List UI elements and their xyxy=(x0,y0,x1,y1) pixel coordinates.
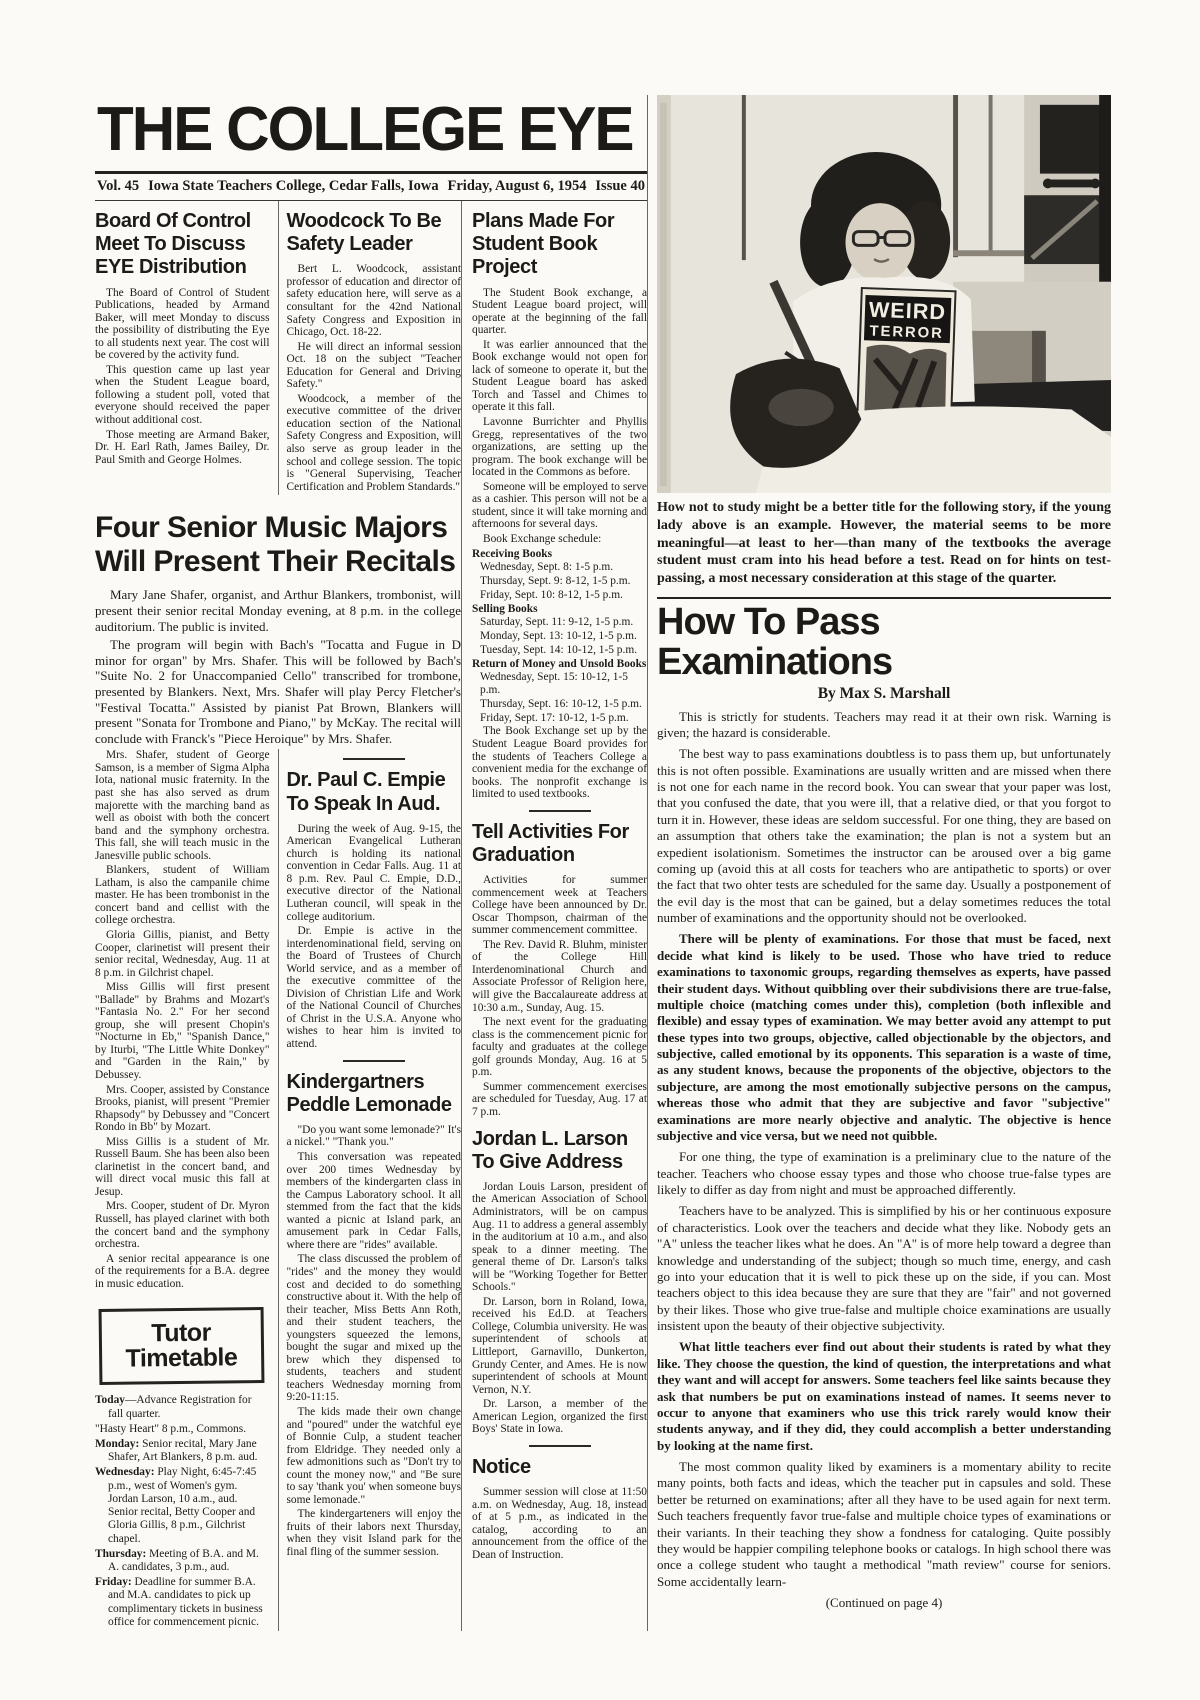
left-zone: THE COLLEGE EYE Vol. 45 Iowa State Teach… xyxy=(95,95,647,1631)
article-body: This is strictly for students. Teachers … xyxy=(657,709,1111,1591)
volume-label: Vol. 45 xyxy=(97,178,139,195)
paragraph: Someone will be employed to serve as a c… xyxy=(472,481,647,531)
newspaper-page: THE COLLEGE EYE Vol. 45 Iowa State Teach… xyxy=(0,0,1200,1700)
face xyxy=(846,203,915,282)
separator xyxy=(529,1445,591,1447)
paragraph: Summer commencement exercises are schedu… xyxy=(472,1081,647,1119)
photo-caption: How not to study might be a better title… xyxy=(657,499,1111,588)
paragraph: Miss Gillis will first present "Ballade"… xyxy=(95,981,270,1081)
date-label: Friday, August 6, 1954 xyxy=(448,178,587,195)
paragraph: Thursday: Meeting of B.A. and M. A. cand… xyxy=(95,1548,270,1574)
article-body: Jordan Louis Larson, president of the Am… xyxy=(472,1181,647,1436)
column-three: Plans Made For Student Book Project The … xyxy=(461,201,647,1631)
paragraph: The Student Book exchange, a Student Lea… xyxy=(472,287,647,337)
paragraph: Friday, Sept. 17: 10-12, 1-5 p.m. xyxy=(480,712,647,725)
paragraph: Dr. Empie is active in the interdenomina… xyxy=(287,925,462,1050)
paragraph: Friday: Deadline for summer B.A. and M.A… xyxy=(95,1576,270,1629)
column-one-lower: Mrs. Shafer, student of George Samson, i… xyxy=(95,749,278,1631)
separator xyxy=(529,810,591,812)
headline: How To Pass Examinations xyxy=(657,603,1111,683)
paragraph: The Book Exchange set up by the Student … xyxy=(472,725,647,800)
article-body: During the week of Aug. 9-15, the Americ… xyxy=(287,823,462,1051)
article-lede: Mary Jane Shafer, organist, and Arthur B… xyxy=(95,587,461,746)
paragraph: Today—Advance Registration for fall quar… xyxy=(95,1394,270,1420)
article-larson: Jordan L. Larson To Give Address Jordan … xyxy=(472,1128,647,1436)
comic-title-weird: WEIRD xyxy=(868,297,946,325)
tutor-timetable: Tutor Timetable Today—Advance Registrati… xyxy=(95,1308,270,1629)
headline: Tell Activities For Graduation xyxy=(472,821,647,867)
row-bottom: Mrs. Shafer, student of George Samson, i… xyxy=(95,749,461,1631)
paragraph: Dr. Larson, a member of the American Leg… xyxy=(472,1398,647,1436)
paragraph: Monday, Sept. 13: 10-12, 1-5 p.m. xyxy=(480,630,647,643)
column-two-lower: Dr. Paul C. Empie To Speak In Aud. Durin… xyxy=(278,749,462,1631)
paragraph: The program will begin with Bach's "Toca… xyxy=(95,637,461,746)
issue-label: Issue 40 xyxy=(595,178,645,195)
paragraph: "Hasty Heart" 8 p.m., Commons. xyxy=(95,1423,270,1436)
paragraph: The kindergarteners will enjoy the fruit… xyxy=(287,1508,462,1558)
paragraph: Lavonne Burrichter and Phyllis Gregg, re… xyxy=(472,416,647,479)
paragraph: What little teachers ever find out about… xyxy=(657,1339,1111,1454)
paragraph: Dr. Larson, born in Roland, Iowa, receiv… xyxy=(472,1296,647,1396)
caption-text: How not to study might be a better title… xyxy=(657,499,1111,588)
paragraph: Tuesday, Sept. 14: 10-12, 1-5 p.m. xyxy=(480,644,647,657)
student-photo: WEIRD TERROR xyxy=(657,95,1111,493)
paragraph: Wednesday: Play Night, 6:45-7:45 p.m., w… xyxy=(95,1466,270,1545)
paragraph: Return of Money and Unsold Books xyxy=(472,658,647,671)
article-board-of-control: Board Of Control Meet To Discuss EYE Dis… xyxy=(95,201,278,495)
byline: By Max S. Marshall xyxy=(657,685,1111,703)
dateline: Vol. 45 Iowa State Teachers College, Ced… xyxy=(95,174,647,201)
paragraph: The next event for the graduating class … xyxy=(472,1016,647,1079)
tutor-timetable-title: Tutor Timetable xyxy=(104,1320,259,1372)
paragraph: Bert L. Woodcock, assistant professor of… xyxy=(287,263,462,338)
paragraph: During the week of Aug. 9-15, the Americ… xyxy=(287,823,462,923)
article-empie: Dr. Paul C. Empie To Speak In Aud. Durin… xyxy=(287,769,462,1050)
headline: Plans Made For Student Book Project xyxy=(472,210,647,280)
paragraph: Those meeting are Armand Baker, Dr. H. E… xyxy=(95,429,270,467)
paragraph: Activities for summer commencement week … xyxy=(472,874,647,937)
article-woodcock: Woodcock To Be Safety Leader Bert L. Woo… xyxy=(278,201,462,495)
paragraph: There will be plenty of examinations. Fo… xyxy=(657,931,1111,1144)
headline: Dr. Paul C. Empie To Speak In Aud. xyxy=(287,769,462,815)
paragraph: Summer session will close at 11:50 a.m. … xyxy=(472,1486,647,1561)
paragraph: This question came up last year when the… xyxy=(95,364,270,427)
paragraph: Wednesday, Sept. 8: 1-5 p.m. xyxy=(480,561,647,574)
article-body: Bert L. Woodcock, assistant professor of… xyxy=(287,263,462,493)
masthead-title: THE COLLEGE EYE xyxy=(95,95,630,171)
paragraph: Jordan Louis Larson, president of the Am… xyxy=(472,1181,647,1294)
headline: Notice xyxy=(472,1456,647,1479)
article-lemonade: Kindergartners Peddle Lemonade "Do you w… xyxy=(287,1071,462,1559)
article-body: Activities for summer commencement week … xyxy=(472,874,647,1118)
paragraph: Blankers, student of William Latham, is … xyxy=(95,864,270,927)
headline: Woodcock To Be Safety Leader xyxy=(287,210,462,256)
article-graduation: Tell Activities For Graduation Activitie… xyxy=(472,821,647,1119)
book-exchange-schedule: Receiving BooksWednesday, Sept. 8: 1-5 p… xyxy=(472,548,647,725)
paragraph: Selling Books xyxy=(472,603,647,616)
paper-area: THE COLLEGE EYE Vol. 45 Iowa State Teach… xyxy=(95,95,1111,1631)
article-exam: How To Pass Examinations By Max S. Marsh… xyxy=(657,603,1111,1611)
article-book-project: Plans Made For Student Book Project The … xyxy=(472,210,647,801)
paragraph: The best way to pass examinations doubtl… xyxy=(657,746,1111,926)
paragraph: Mrs. Cooper, student of Dr. Myron Russel… xyxy=(95,1200,270,1250)
tutor-timetable-entries: Today—Advance Registration for fall quar… xyxy=(95,1394,270,1629)
paragraph: Gloria Gillis, pianist, and Betty Cooper… xyxy=(95,929,270,979)
article-notice: Notice Summer session will close at 11:5… xyxy=(472,1456,647,1561)
paragraph: Receiving Books xyxy=(472,548,647,561)
article-body: The Student Book exchange, a Student Lea… xyxy=(472,287,647,546)
article-body-closing: The Book Exchange set up by the Student … xyxy=(472,725,647,800)
paragraph: This is strictly for students. Teachers … xyxy=(657,709,1111,742)
paragraph: It was earlier announced that the Book e… xyxy=(472,339,647,414)
article-body: "Do you want some lemonade?" It's a nick… xyxy=(287,1124,462,1559)
headline: Board Of Control Meet To Discuss EYE Dis… xyxy=(95,210,270,280)
paragraph: The most common quality liked by examine… xyxy=(657,1459,1111,1590)
column-pair: Board Of Control Meet To Discuss EYE Dis… xyxy=(95,201,461,1631)
comic-title-terror: TERROR xyxy=(869,324,944,343)
paragraph: The Rev. David R. Bluhm, minister of the… xyxy=(472,939,647,1014)
section-rule xyxy=(657,597,1111,599)
paragraph: Mrs. Cooper, assisted by Constance Brook… xyxy=(95,1084,270,1134)
photo-illustration: WEIRD TERROR xyxy=(657,95,1111,493)
paragraph: Miss Gillis is a student of Mr. Russell … xyxy=(95,1136,270,1199)
paragraph: Thursday, Sept. 9: 8-12, 1-5 p.m. xyxy=(480,575,647,588)
paragraph: For one thing, the type of examination i… xyxy=(657,1149,1111,1198)
paragraph: He will direct an informal session Oct. … xyxy=(287,341,462,391)
headline: Four Senior Music Majors Will Present Th… xyxy=(95,511,461,578)
tutor-timetable-box: Tutor Timetable xyxy=(99,1307,264,1385)
continued-notice: (Continued on page 4) xyxy=(657,1595,1111,1611)
paragraph: Thursday, Sept. 16: 10-12, 1-5 p.m. xyxy=(480,698,647,711)
paragraph: Saturday, Sept. 11: 9-12, 1-5 p.m. xyxy=(480,616,647,629)
paragraph: The kids made their own change and "pour… xyxy=(287,1406,462,1506)
paragraph: A senior recital appearance is one of th… xyxy=(95,1253,270,1291)
article-body: Summer session will close at 11:50 a.m. … xyxy=(472,1486,647,1561)
masthead: THE COLLEGE EYE Vol. 45 Iowa State Teach… xyxy=(95,95,647,201)
college-label: Iowa State Teachers College, Cedar Falls… xyxy=(148,178,439,195)
paragraph: The class discussed the problem of "ride… xyxy=(287,1253,462,1404)
paragraph: Friday, Sept. 10: 8-12, 1-5 p.m. xyxy=(480,589,647,602)
headline: Jordan L. Larson To Give Address xyxy=(472,1128,647,1174)
paragraph: "Do you want some lemonade?" It's a nick… xyxy=(287,1124,462,1149)
separator xyxy=(343,1060,405,1062)
paragraph: Teachers have to be analyzed. This is si… xyxy=(657,1203,1111,1334)
article-recitals: Four Senior Music Majors Will Present Th… xyxy=(95,511,461,746)
paragraph: Mrs. Shafer, student of George Samson, i… xyxy=(95,749,270,862)
row-top: Board Of Control Meet To Discuss EYE Dis… xyxy=(95,201,461,495)
article-body: The Board of Control of Student Publicat… xyxy=(95,287,270,467)
paragraph: Monday: Senior recital, Mary Jane Shafer… xyxy=(95,1438,270,1464)
recitals-continuation: Mrs. Shafer, student of George Samson, i… xyxy=(95,749,270,1290)
separator xyxy=(343,758,405,760)
columns: Board Of Control Meet To Discuss EYE Dis… xyxy=(95,201,647,1631)
paragraph: Wednesday, Sept. 15: 10-12, 1-5 p.m. xyxy=(480,671,647,697)
paragraph: This conversation was repeated over 200 … xyxy=(287,1151,462,1251)
paragraph: The Board of Control of Student Publicat… xyxy=(95,287,270,362)
right-zone: WEIRD TERROR How not to study might be xyxy=(647,95,1111,1631)
headline: Kindergartners Peddle Lemonade xyxy=(287,1071,462,1117)
paragraph: Woodcock, a member of the executive comm… xyxy=(287,393,462,493)
paragraph: Mary Jane Shafer, organist, and Arthur B… xyxy=(95,587,461,634)
paragraph: Book Exchange schedule: xyxy=(472,533,647,546)
